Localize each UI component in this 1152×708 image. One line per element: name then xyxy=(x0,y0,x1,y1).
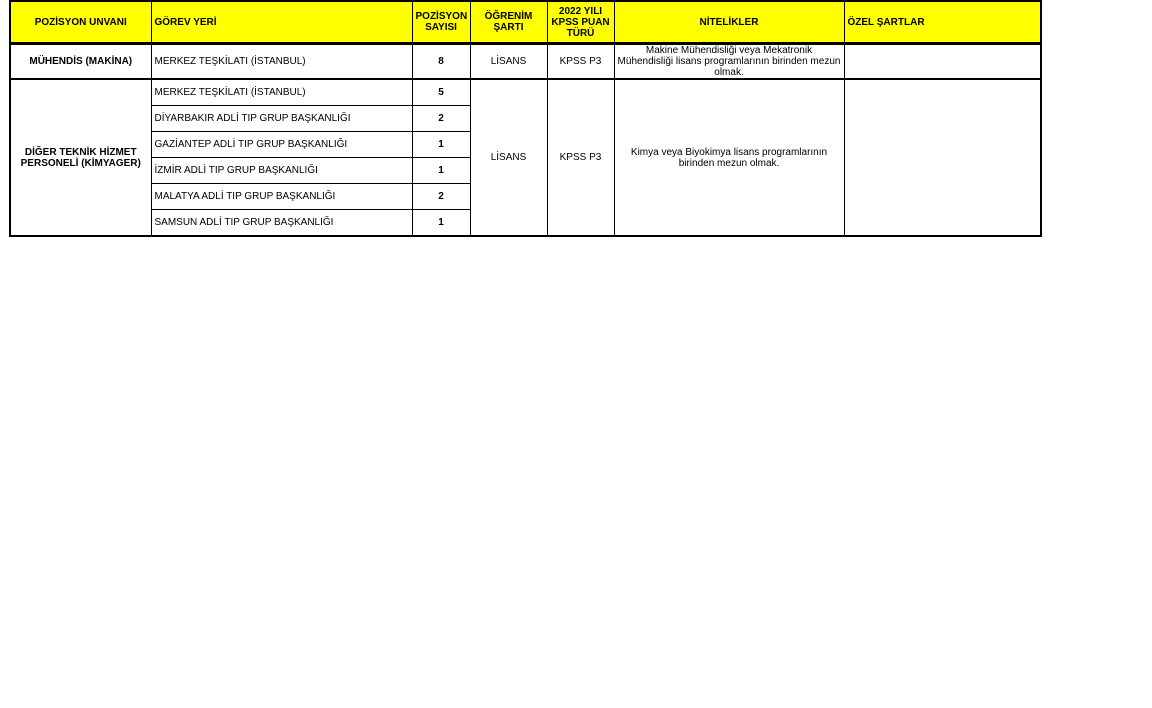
kpss-cell: KPSS P3 xyxy=(547,44,614,80)
gorev-yeri-cell: MALATYA ADLİ TIP GRUP BAŞKANLIĞI xyxy=(151,184,412,210)
pozisyon-sayisi-cell: 2 xyxy=(412,106,470,132)
table-row: MÜHENDİS (MAKİNA) MERKEZ TEŞKİLATI (İSTA… xyxy=(10,44,1041,80)
header-gorev-yeri: GÖREV YERİ xyxy=(151,1,412,44)
ozel-sartlar-cell xyxy=(844,79,1041,236)
nitelikler-cell: Kimya veya Biyokimya lisans programların… xyxy=(614,79,844,236)
table-row: DİĞER TEKNİK HİZMET PERSONELİ (KİMYAGER)… xyxy=(10,79,1041,106)
gorev-yeri-cell: MERKEZ TEŞKİLATI (İSTANBUL) xyxy=(151,79,412,106)
header-ogrenim-sarti: ÖĞRENİM ŞARTI xyxy=(470,1,547,44)
pozisyon-sayisi-cell: 1 xyxy=(412,132,470,158)
unvan-cell: DİĞER TEKNİK HİZMET PERSONELİ (KİMYAGER) xyxy=(10,79,151,236)
positions-table: POZİSYON UNVANI GÖREV YERİ POZİSYON SAYI… xyxy=(9,0,1042,237)
gorev-yeri-cell: GAZİANTEP ADLİ TIP GRUP BAŞKANLIĞI xyxy=(151,132,412,158)
nitelikler-cell: Makine Mühendisliği veya Mekatronik Mühe… xyxy=(614,44,844,80)
unvan-cell: MÜHENDİS (MAKİNA) xyxy=(10,44,151,80)
header-kpss-puan-turu: 2022 YILI KPSS PUAN TÜRÜ xyxy=(547,1,614,44)
header-pozisyon-unvani: POZİSYON UNVANI xyxy=(10,1,151,44)
pozisyon-sayisi-cell: 5 xyxy=(412,79,470,106)
kpss-cell: KPSS P3 xyxy=(547,79,614,236)
pozisyon-sayisi-cell: 2 xyxy=(412,184,470,210)
ozel-sartlar-cell xyxy=(844,44,1041,80)
pozisyon-sayisi-cell: 1 xyxy=(412,158,470,184)
gorev-yeri-cell: DİYARBAKIR ADLİ TIP GRUP BAŞKANLIĞI xyxy=(151,106,412,132)
pozisyon-sayisi-cell: 8 xyxy=(412,44,470,80)
gorev-yeri-cell: MERKEZ TEŞKİLATI (İSTANBUL) xyxy=(151,44,412,80)
header-pozisyon-sayisi: POZİSYON SAYISI xyxy=(412,1,470,44)
ogrenim-cell: LİSANS xyxy=(470,79,547,236)
header-ozel-sartlar: ÖZEL ŞARTLAR xyxy=(844,1,1041,44)
header-row: POZİSYON UNVANI GÖREV YERİ POZİSYON SAYI… xyxy=(10,1,1041,44)
gorev-yeri-cell: SAMSUN ADLİ TIP GRUP BAŞKANLIĞI xyxy=(151,210,412,237)
header-nitelikler: NİTELİKLER xyxy=(614,1,844,44)
pozisyon-sayisi-cell: 1 xyxy=(412,210,470,237)
gorev-yeri-cell: İZMİR ADLİ TIP GRUP BAŞKANLIĞI xyxy=(151,158,412,184)
ogrenim-cell: LİSANS xyxy=(470,44,547,80)
